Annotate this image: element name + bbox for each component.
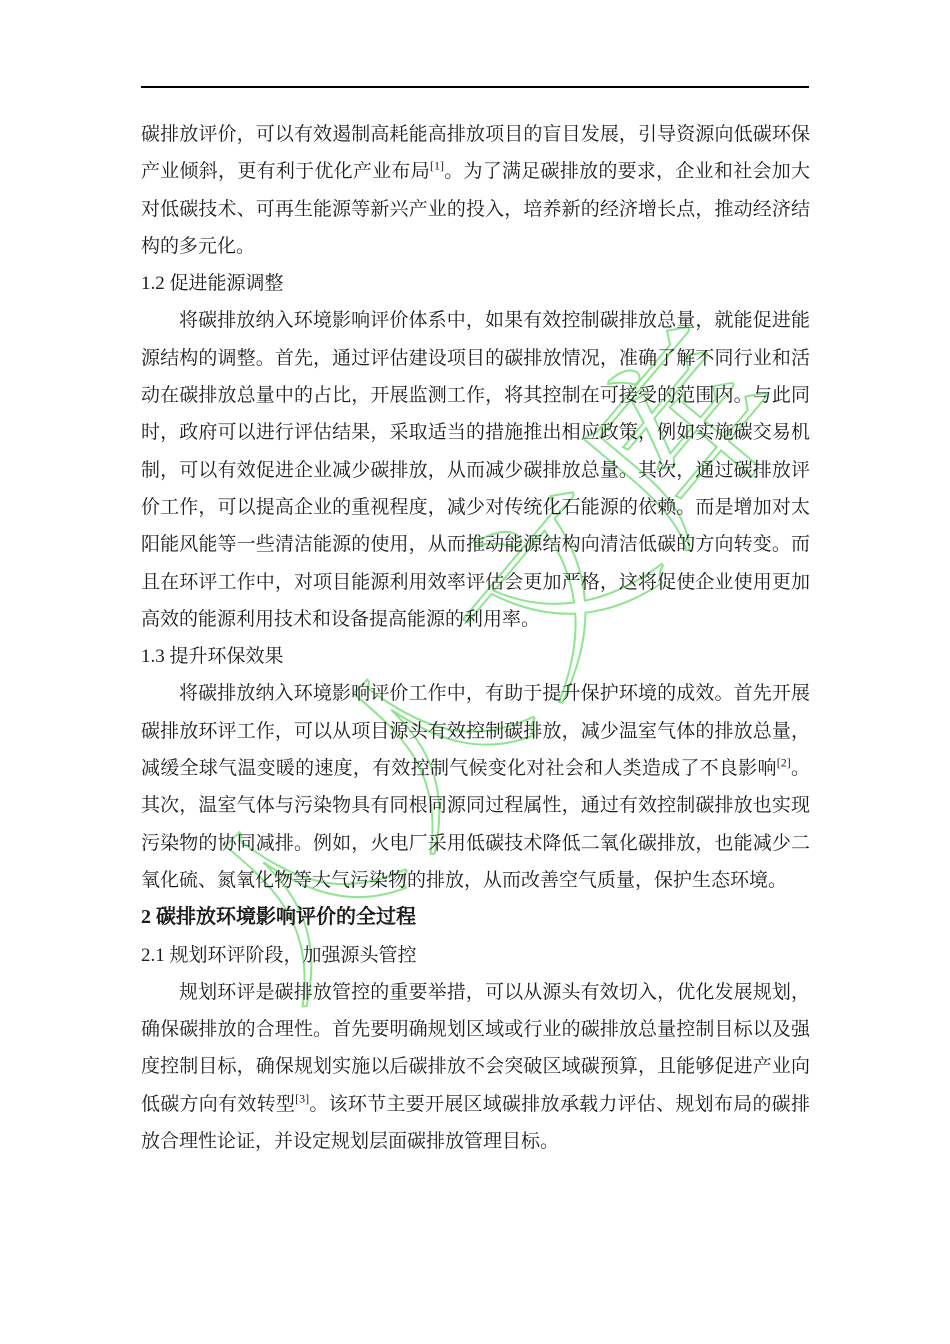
citation-ref: [3] bbox=[295, 1091, 309, 1105]
page-header-rule bbox=[141, 86, 809, 88]
text-run: 将碳排放纳入环境影响评价体系中，如果有效控制碳排放总量，就能促进能源结构的调整。… bbox=[141, 310, 810, 629]
paragraph-1-1-continuation: 碳排放评价，可以有效遏制高耗能高排放项目的盲目发展，引导资源向低碳环保产业倾斜，… bbox=[141, 116, 810, 265]
paragraph-1-2: 将碳排放纳入环境影响评价体系中，如果有效控制碳排放总量，就能促进能源结构的调整。… bbox=[141, 302, 810, 638]
heading-1-2: 1.2 促进能源调整 bbox=[141, 265, 810, 302]
heading-1-3: 1.3 提升环保效果 bbox=[141, 638, 810, 675]
heading-2: 2 碳排放环境影响评价的全过程 bbox=[141, 899, 810, 936]
paragraph-1-3: 将碳排放纳入环境影响评价工作中，有助于提升保护环境的成效。首先开展碳排放环评工作… bbox=[141, 675, 810, 899]
text-run: 将碳排放纳入环境影响评价工作中，有助于提升保护环境的成效。首先开展碳排放环评工作… bbox=[141, 683, 810, 779]
text-run: 2.1 规划环评阶段，加强源头管控 bbox=[141, 945, 417, 966]
paragraph-2-1: 规划环评是碳排放管控的重要举措，可以从源头有效切入，优化发展规划，确保碳排放的合… bbox=[141, 974, 810, 1160]
text-run: 1.2 促进能源调整 bbox=[141, 273, 284, 294]
citation-ref: [2] bbox=[777, 756, 791, 770]
text-run: 2 碳排放环境影响评价的全过程 bbox=[141, 906, 416, 928]
content: 碳排放评价，可以有效遏制高耗能高排放项目的盲目发展，引导资源向低碳环保产业倾斜，… bbox=[141, 116, 810, 1160]
heading-2-1: 2.1 规划环评阶段，加强源头管控 bbox=[141, 937, 810, 974]
document-page: 人人文库 碳排放评价，可以有效遏制高耗能高排放项目的盲目发展，引导资源向低碳环保… bbox=[0, 0, 950, 1344]
text-run: 1.3 提升环保效果 bbox=[141, 646, 284, 667]
citation-ref: [1] bbox=[430, 159, 444, 173]
